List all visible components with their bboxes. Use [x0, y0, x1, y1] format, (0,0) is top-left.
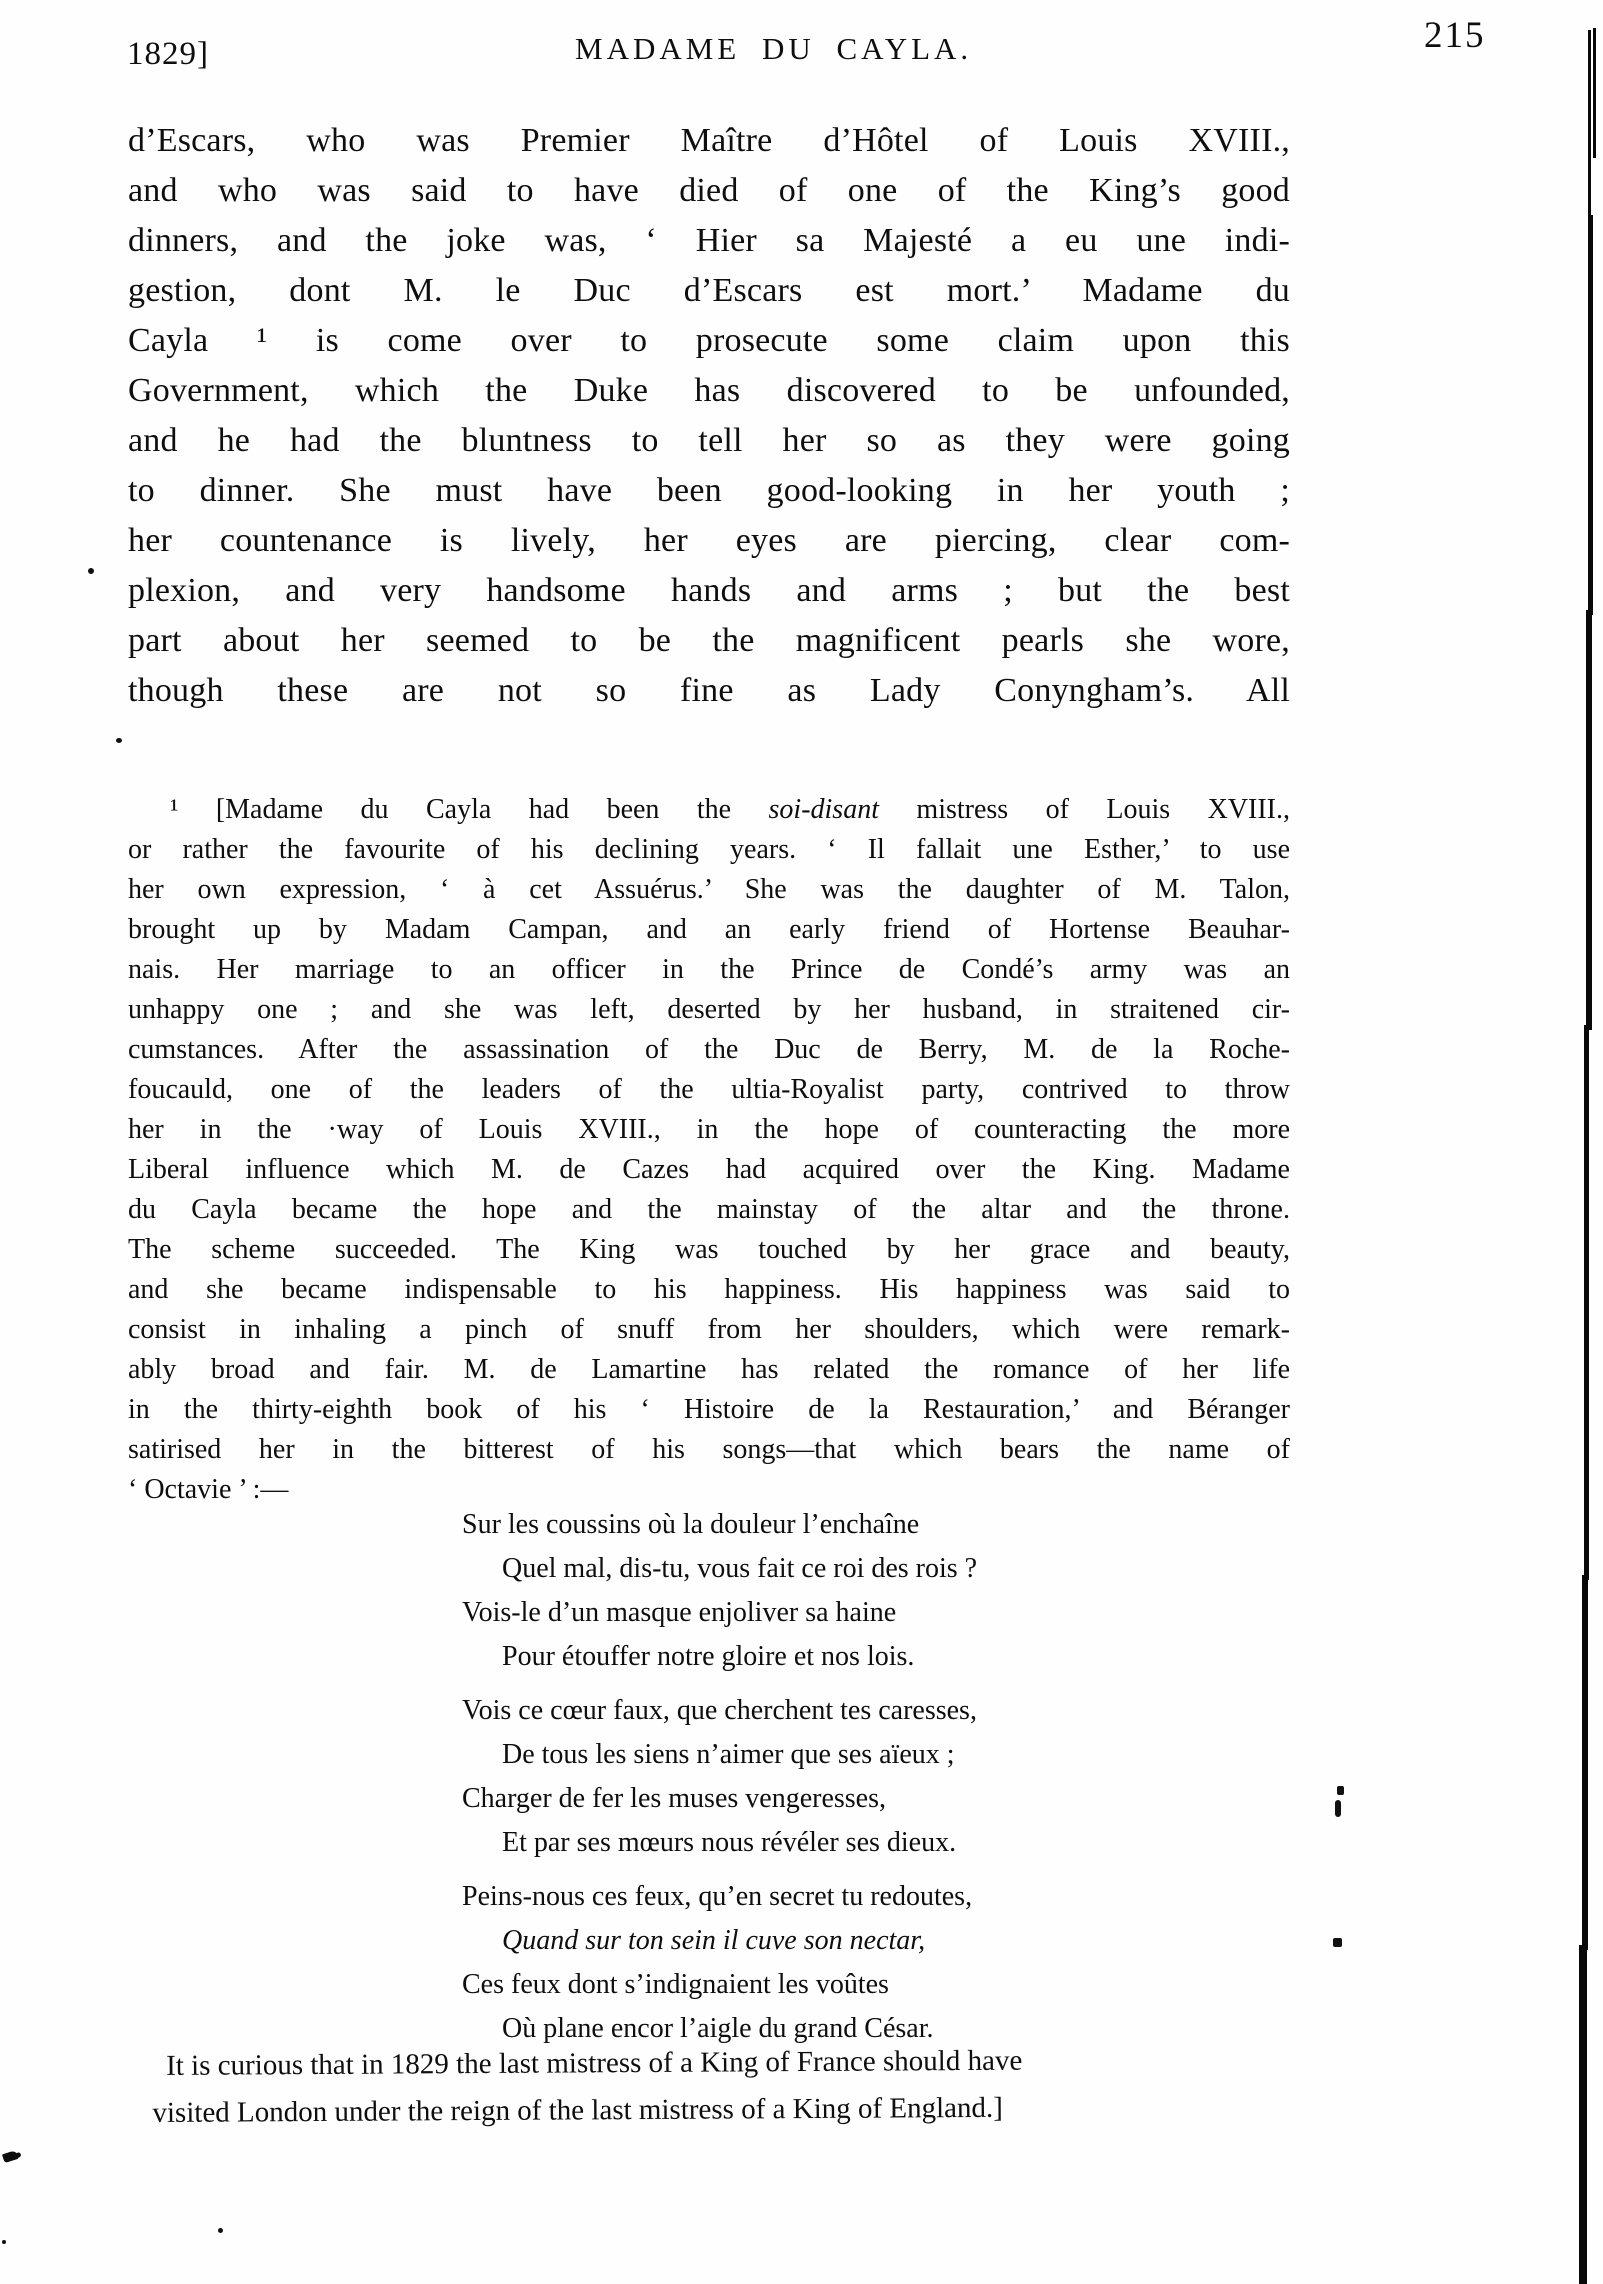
text-line: Cayla ¹ is come over to prosecute some c… — [128, 316, 1290, 366]
text-line: d’Escars, who was Premier Maître d’Hôtel… — [128, 116, 1290, 166]
scan-edge-line — [1588, 215, 1593, 615]
ink-speck — [1337, 1786, 1344, 1795]
text-line: Quel mal, dis-tu, vous fait ce roi des r… — [462, 1547, 977, 1591]
text-line: ¹ [Madame du Cayla had been the soi-disa… — [128, 790, 1290, 830]
scan-edge-line — [1586, 610, 1592, 1030]
text-line: and who was said to have died of one of … — [128, 166, 1290, 216]
poem-stanza-3: Peins-nous ces feux, qu’en secret tu red… — [462, 1875, 977, 2051]
ink-speck — [88, 568, 94, 574]
ink-speck — [1335, 1800, 1341, 1817]
poem-quotation: Sur les coussins où la douleur l’enchaîn… — [462, 1503, 977, 2061]
running-title: MADAME DU CAYLA. — [575, 31, 972, 67]
text-line: Sur les coussins où la douleur l’enchaîn… — [462, 1503, 977, 1547]
ink-speck — [1333, 1938, 1342, 1947]
italic-phrase: soi-disant — [769, 794, 879, 825]
text-line: unhappy one ; and she was left, deserted… — [128, 990, 1290, 1030]
text-line: brought up by Madam Campan, and an early… — [128, 910, 1290, 950]
text-line: De tous les siens n’aimer que ses aïeux … — [462, 1733, 977, 1777]
ink-speck — [218, 2228, 223, 2233]
text-line: and he had the bluntness to tell her so … — [128, 416, 1290, 466]
text-line: consist in inhaling a pinch of snuff fro… — [128, 1310, 1290, 1350]
text-line: nais. Her marriage to an officer in the … — [128, 950, 1290, 990]
text-line: du Cayla became the hope and the mainsta… — [128, 1190, 1290, 1230]
text-line: Vois-le d’un masque enjoliver sa haine — [462, 1591, 977, 1635]
book-page: 1829] MADAME DU CAYLA. 215 d’Escars, who… — [0, 0, 1603, 2284]
text-line: Ces feux dont s’indignaient les voûtes — [462, 1963, 977, 2007]
ink-speck — [2, 2240, 6, 2244]
text-line: her in the ·way of Louis XVIII., in the … — [128, 1110, 1290, 1150]
ink-speck — [116, 738, 122, 743]
text-line: Peins-nous ces feux, qu’en secret tu red… — [462, 1875, 977, 1919]
text-line: Charger de fer les muses vengeresses, — [462, 1777, 977, 1821]
text-line: Government, which the Duke has discovere… — [128, 366, 1290, 416]
poem-stanza-2: Vois ce cœur faux, que cherchent tes car… — [462, 1689, 977, 1865]
scan-edge-line — [1588, 30, 1591, 220]
footnote-closing-paragraph: It is curious that in 1829 the last mist… — [152, 2036, 1343, 2137]
text-line: to dinner. She must have been good-looki… — [128, 466, 1290, 516]
text-line: though these are not so fine as Lady Con… — [128, 666, 1290, 716]
text-line: her own expression, ‘ à cet Assuérus.’ S… — [128, 870, 1290, 910]
scan-edge-line — [1593, 28, 1596, 158]
text-line: satirised her in the bitterest of his so… — [128, 1430, 1290, 1470]
text-line: Quand sur ton sein il cuve son nectar, — [462, 1919, 977, 1963]
text-segment: ¹ [Madame du Cayla had been the — [170, 794, 769, 825]
text-line: in the thirty-eighth book of his ‘ Histo… — [128, 1390, 1290, 1430]
text-line: gestion, dont M. le Duc d’Escars est mor… — [128, 266, 1290, 316]
margin-year-label: 1829] — [127, 36, 209, 73]
scan-edge-line — [1582, 1575, 1588, 1950]
text-line: and she became indispensable to his happ… — [128, 1270, 1290, 1310]
ink-smudge — [2, 2150, 19, 2163]
text-line: visited London under the reign of the la… — [152, 2083, 1342, 2137]
text-line: Vois ce cœur faux, que cherchent tes car… — [462, 1689, 977, 1733]
scan-edge-line — [1584, 1025, 1589, 1580]
text-line: Et par ses mœurs nous révéler ses dieux. — [462, 1821, 977, 1865]
text-line: plexion, and very handsome hands and arm… — [128, 566, 1290, 616]
text-line: Liberal influence which M. de Cazes had … — [128, 1150, 1290, 1190]
poem-stanza-1: Sur les coussins où la douleur l’enchaîn… — [462, 1503, 977, 1679]
scan-edge-line — [1579, 1945, 1587, 2284]
text-line: ably broad and fair. M. de Lamartine has… — [128, 1350, 1290, 1390]
text-line: The scheme succeeded. The King was touch… — [128, 1230, 1290, 1270]
text-line: her countenance is lively, her eyes are … — [128, 516, 1290, 566]
main-paragraph: d’Escars, who was Premier Maître d’Hôtel… — [128, 116, 1290, 716]
text-line: cumstances. After the assassination of t… — [128, 1030, 1290, 1070]
footnote-paragraph: ¹ [Madame du Cayla had been the soi-disa… — [128, 790, 1290, 1510]
text-line: part about her seemed to be the magnific… — [128, 616, 1290, 666]
text-segment: mistress of Louis XVIII., — [879, 794, 1290, 825]
text-line: dinners, and the joke was, ‘ Hier sa Maj… — [128, 216, 1290, 266]
text-line: foucauld, one of the leaders of the ulti… — [128, 1070, 1290, 1110]
page-number: 215 — [1424, 14, 1486, 57]
text-line: It is curious that in 1829 the last mist… — [152, 2036, 1342, 2090]
text-line: or rather the favourite of his declining… — [128, 830, 1290, 870]
text-line: Pour étouffer notre gloire et nos lois. — [462, 1635, 977, 1679]
